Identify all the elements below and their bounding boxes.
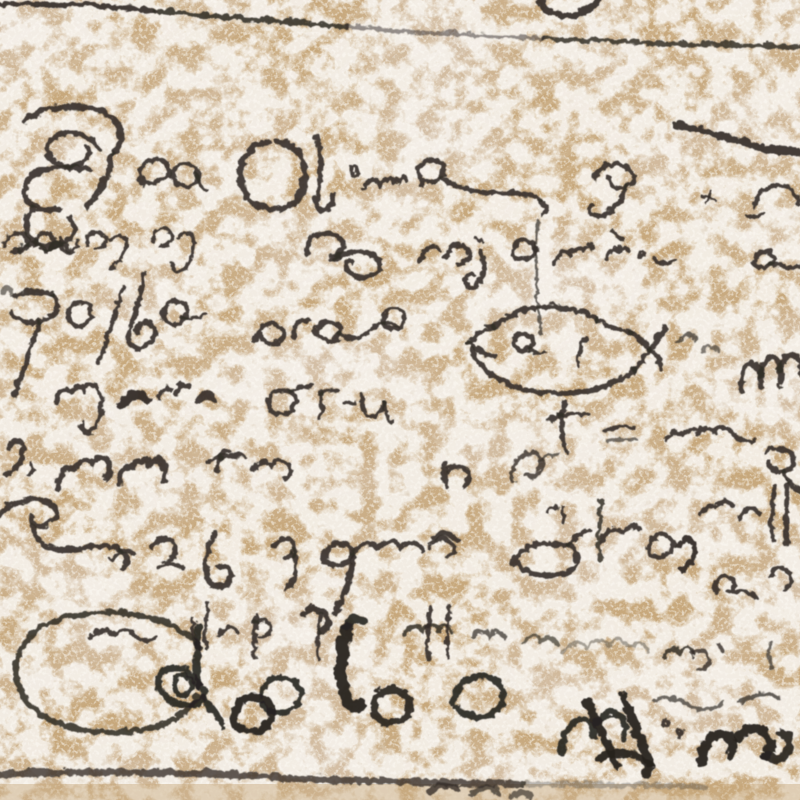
comma-l5	[29, 463, 31, 475]
l-l7	[204, 602, 206, 648]
vert-r1	[770, 484, 772, 538]
manuscript-photo	[0, 0, 800, 800]
word-asc-4	[446, 604, 448, 656]
rule-bottom-b	[520, 782, 704, 785]
vert-r2	[784, 480, 786, 544]
word-asc-1	[253, 614, 255, 656]
paper-ribbing	[0, 0, 800, 420]
word-asc-2	[316, 612, 318, 658]
manuscript-svg	[0, 0, 800, 800]
word-asc-3	[426, 606, 428, 658]
il-2	[561, 505, 562, 521]
u-mid	[443, 462, 446, 486]
dash-l4	[343, 401, 353, 403]
